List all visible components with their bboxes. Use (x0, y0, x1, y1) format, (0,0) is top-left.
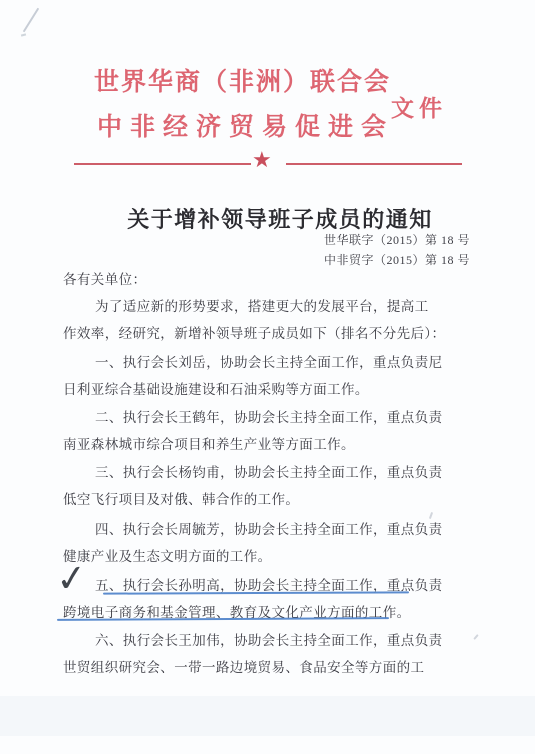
item-6-line1: 六、执行会长王加伟，协助会长主持全面工作，重点负责 (95, 629, 443, 649)
item-4-line1: 四、执行会长周毓芳，协助会长主持全面工作，重点负责 (95, 518, 443, 538)
item-1-line1: 一、执行会长刘岳，协助会长主持全面工作，重点负责尼 (95, 351, 443, 371)
item-3-line1: 三、执行会长杨钧甫，协助会长主持全面工作，重点负责 (95, 461, 443, 481)
star-icon: ★ (252, 149, 272, 171)
handwritten-checkmark: ✓ (54, 558, 89, 598)
org-name-line1: 世界华商（非洲）联合会 (94, 62, 391, 98)
scan-artifact (473, 634, 478, 640)
header-rule-right (286, 163, 462, 165)
org-name-line2: 中非经济贸易促进会 (97, 107, 394, 143)
document-numbers: 世华联字（2015）第 18 号 中非贸字（2015）第 18 号 (324, 231, 470, 270)
item-2-line1: 二、执行会长王鹤年，协助会长主持全面工作，重点负责 (95, 406, 443, 426)
header-rule-left (74, 163, 251, 165)
pen-slash-mark (23, 8, 40, 33)
scanned-notice-page: 世界华商（非洲）联合会 中非经济贸易促进会 文件 ★ 关于增补领导班子成员的通知… (0, 0, 535, 754)
item-3-line2: 低空飞行项目及对俄、韩合作的工作。 (63, 488, 299, 508)
pen-underline-1 (103, 591, 409, 594)
item-4-line2: 健康产业及生态文明方面的工作。 (63, 545, 272, 565)
doc-number-1: 世华联字（2015）第 18 号 (324, 231, 470, 251)
doc-number-2: 中非贸字（2015）第 18 号 (324, 251, 470, 271)
notice-title: 关于增补领导班子成员的通知 (70, 203, 490, 234)
item-6-line2: 世贸组织研究会、一带一路边境贸易、食品安全等方面的工 (63, 656, 424, 676)
item-1-line2: 日利亚综合基础设施建设和石油采购等方面工作。 (63, 378, 369, 398)
document-type-label: 文件 (391, 90, 447, 123)
salutation: 各有关单位： (63, 268, 146, 288)
pen-slash-mark-tail (21, 33, 26, 36)
intro-line1: 为了适应新的形势要求，搭建更大的发展平台，提高工 (95, 295, 429, 315)
item-2-line2: 南亚森林城市综合项目和养生产业等方面工作。 (63, 433, 355, 453)
scan-shading-band (0, 696, 535, 736)
intro-line2: 作效率，经研究，新增补领导班子成员如下（排名不分先后）： (63, 322, 445, 342)
